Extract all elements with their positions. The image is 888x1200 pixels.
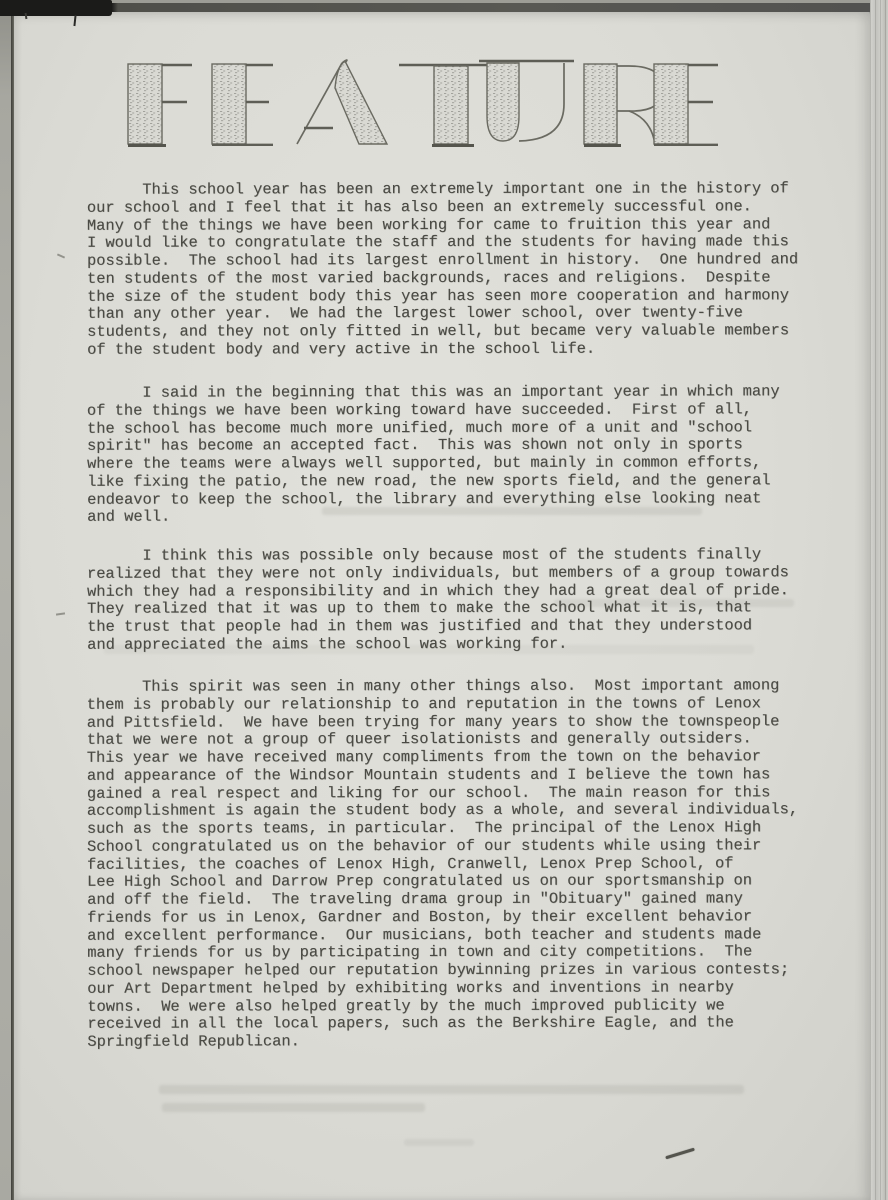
- letter-A: [297, 60, 387, 144]
- ink-bleedthrough-smudge: [159, 1085, 744, 1094]
- letter-U: [479, 61, 574, 141]
- letter-E1: [212, 64, 273, 145]
- paragraph-4: This spirit was seen in many other thing…: [87, 677, 799, 1051]
- ink-bleedthrough-smudge: [162, 1103, 425, 1112]
- letter-F: [128, 64, 192, 146]
- margin-mark: [57, 253, 65, 258]
- letter-R: [584, 64, 663, 146]
- feature-headline-art: [121, 56, 741, 148]
- page-paper: FEATURE: [14, 11, 870, 1200]
- pencil-mark: [665, 1148, 694, 1159]
- ink-bleedthrough-smudge: [404, 1139, 474, 1146]
- page-stack-edge: [870, 0, 888, 1200]
- ink-bleedthrough-smudge: [104, 645, 754, 654]
- margin-mark: [56, 612, 65, 615]
- binding-shadow-top-left: [0, 0, 112, 16]
- scanned-yearbook-page: FEATURE: [0, 0, 888, 1200]
- paragraph-1: This school year has been an extremely i…: [87, 180, 799, 359]
- ink-bleedthrough-smudge: [554, 599, 794, 607]
- book-top-edge: [0, 3, 872, 12]
- letter-E2: [654, 64, 718, 145]
- paragraph-2: I said in the beginning that this was an…: [87, 383, 780, 526]
- ink-bleedthrough-smudge: [322, 507, 702, 515]
